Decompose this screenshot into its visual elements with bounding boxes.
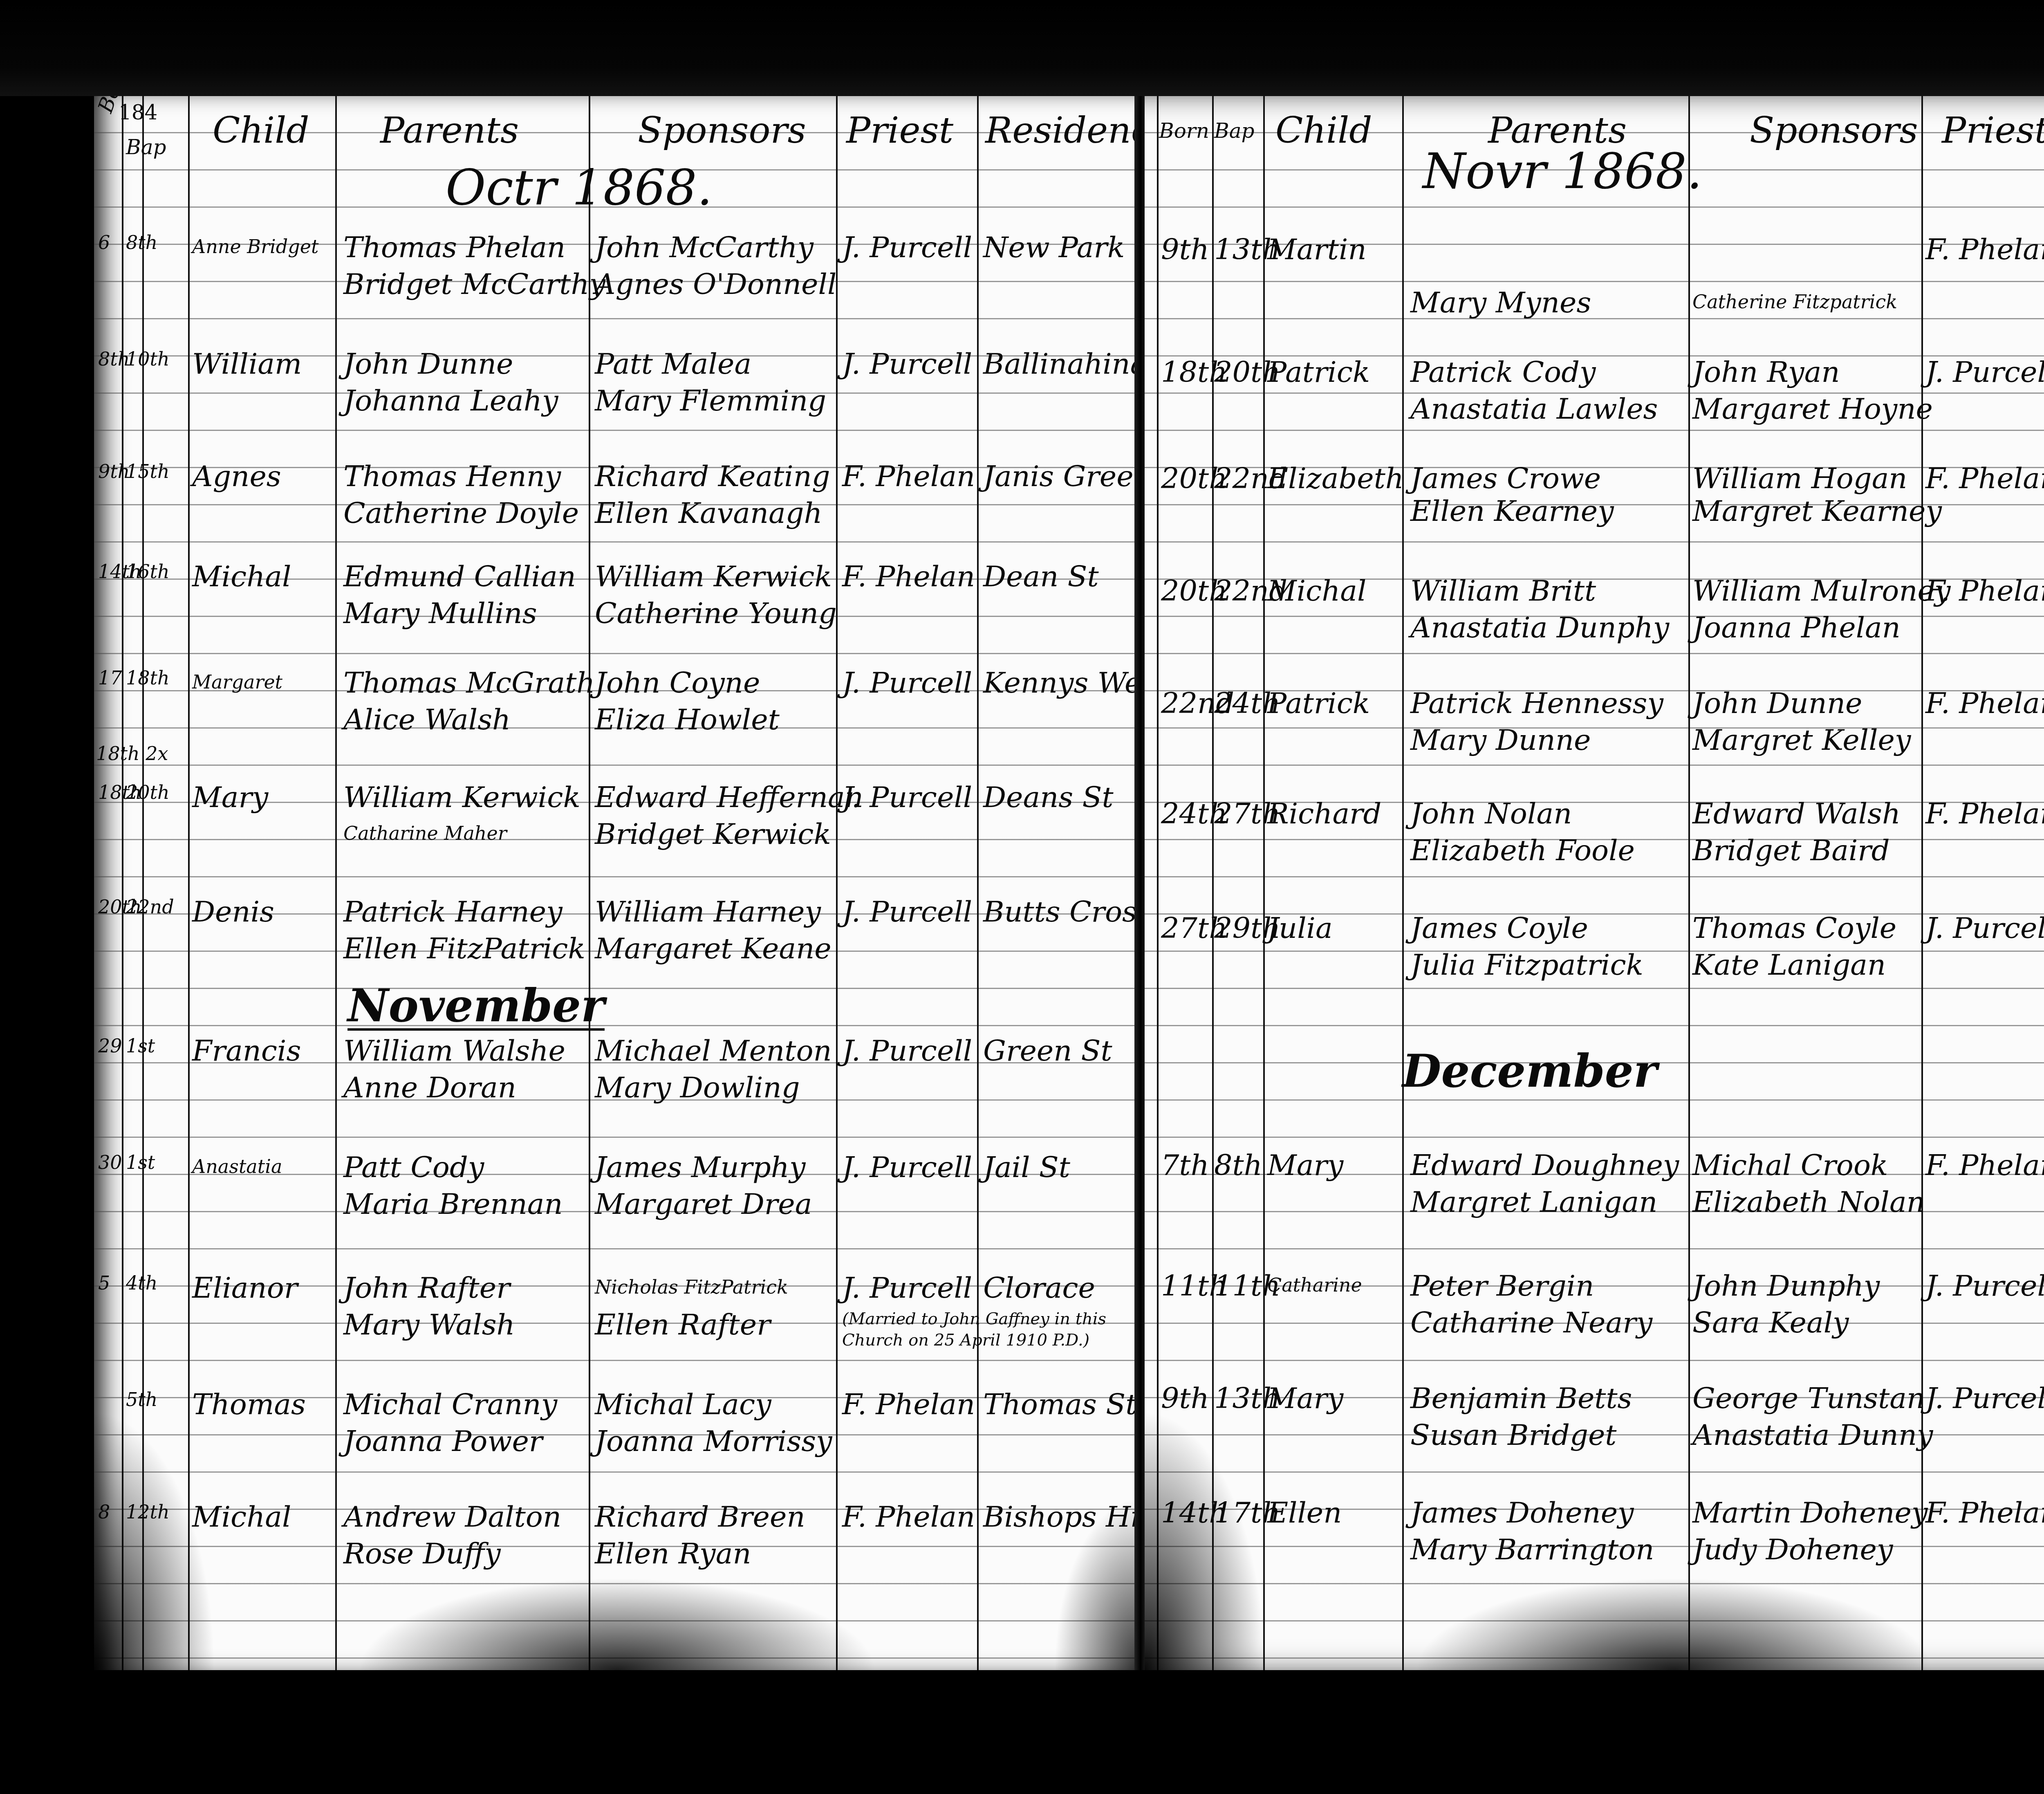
child-name: Mary	[1267, 1151, 1343, 1180]
baptism-date: 8th	[1214, 1151, 1262, 1180]
header-priest: Priest	[1942, 112, 2044, 148]
sponsor-1: Michal Lacy	[595, 1390, 771, 1419]
page-number: 184	[119, 102, 157, 123]
baptism-date: 4th	[126, 1274, 157, 1292]
header-residence: Residence	[985, 112, 1141, 148]
column-rule	[335, 96, 337, 1670]
baptism-date: 5th	[126, 1390, 157, 1409]
child-name: Elizabeth	[1267, 464, 1404, 493]
header-baptised: Bap	[126, 137, 166, 157]
born-date: 7th	[1161, 1151, 1209, 1180]
header-child: Child	[1275, 112, 1372, 148]
sponsor-2: Margaret Hoyne	[1692, 395, 1933, 423]
child-name: Thomas	[192, 1390, 306, 1419]
mother-name: Johanna Leahy	[343, 386, 558, 415]
sponsor-1: Patt Malea	[595, 350, 751, 378]
mother-name: Susan Bridget	[1410, 1421, 1617, 1449]
father-name: William Kerwick	[343, 783, 580, 812]
sponsor-1: Nicholas FitzPatrick	[595, 1278, 788, 1296]
mother-name: Anastatia Dunphy	[1410, 613, 1669, 642]
priest-name: J. Purcell	[1925, 1384, 2044, 1413]
mother-name: Bridget McCarthy	[343, 270, 605, 298]
sponsor-2: Sara Kealy	[1692, 1308, 1849, 1337]
father-name: William Walshe	[343, 1036, 565, 1065]
priest-name: F. Phelan	[1925, 235, 2044, 264]
marriage-annotation: (Married to John Gaffney in this Church …	[842, 1308, 1128, 1351]
header-sponsors: Sponsors	[1750, 112, 1918, 148]
child-name: Mary	[192, 783, 268, 812]
priest-name: F. Phelan	[1925, 1151, 2044, 1180]
sponsor-1: John McCarthy	[595, 233, 814, 262]
sponsor-1: George Tunstan	[1692, 1384, 1925, 1413]
father-name: Edmund Callian	[343, 562, 576, 591]
baptism-date: 10th	[126, 350, 170, 368]
scan-top-shadow	[0, 0, 2044, 96]
father-name: James Crowe	[1410, 464, 1601, 493]
mother-name: Alice Walsh	[343, 705, 511, 734]
sponsor-2: Bridget Kerwick	[595, 820, 831, 848]
born-date: 6	[98, 233, 110, 252]
mother-name: Mary Barrington	[1410, 1535, 1654, 1564]
priest-name: J. Purcell	[842, 783, 972, 812]
residence: Deans St	[983, 783, 1114, 812]
priest-name: F. Phelan	[842, 1502, 975, 1531]
month-divider-november: November	[347, 983, 605, 1031]
father-name: Benjamin Betts	[1410, 1384, 1632, 1413]
residence: New Park	[983, 233, 1125, 262]
sponsor-1: Martin Doheney	[1692, 1498, 1928, 1527]
residence: Bishops Hill	[983, 1502, 1141, 1531]
sponsor-2: Mary Dowling	[595, 1073, 800, 1102]
month-heading: Octr 1868.	[446, 164, 713, 213]
mother-name: Ellen Kearney	[1410, 497, 1614, 525]
mother-name: Joanna Power	[343, 1427, 542, 1455]
child-name: Mary	[1267, 1384, 1343, 1413]
child-name: Ellen	[1267, 1498, 1342, 1527]
priest-name: J. Purcell	[1925, 914, 2044, 942]
column-rule	[589, 96, 590, 1670]
priest-name: J. Purcell	[842, 668, 972, 697]
residence: Ballinahina	[983, 350, 1141, 378]
born-date: 17	[98, 668, 122, 687]
child-name: William	[192, 350, 302, 378]
child-name: Patrick	[1267, 689, 1370, 718]
father-name: James Coyle	[1410, 914, 1588, 942]
father-name: Michal Cranny	[343, 1390, 557, 1419]
mother-name: Anastatia Lawles	[1410, 395, 1658, 423]
priest-name: F. Phelan	[1925, 689, 2044, 718]
sponsor-2: Eliza Howlet	[595, 705, 780, 734]
residence: Clorace	[983, 1274, 1095, 1302]
baptism-date: 1st	[126, 1036, 155, 1055]
child-name: Margaret	[192, 673, 282, 691]
mother-name: Mary Mynes	[1410, 288, 1591, 317]
father-name: Thomas McGrath	[343, 668, 595, 697]
born-date: 30	[98, 1153, 122, 1172]
mother-name: Mary Walsh	[343, 1310, 515, 1339]
priest-name: J. Purcell	[842, 233, 972, 262]
baptism-date: 16th	[126, 562, 170, 581]
born-date: 29	[98, 1036, 122, 1055]
sponsor-2: Agnes O'Donnell	[595, 270, 836, 298]
column-rule	[188, 96, 190, 1670]
father-name: John Nolan	[1410, 799, 1572, 828]
column-rule	[1402, 96, 1404, 1670]
residence: Dean St	[983, 562, 1099, 591]
father-name: Patrick Hennessy	[1410, 689, 1663, 718]
column-rule	[1688, 96, 1690, 1670]
sponsor-2: Ellen Kavanagh	[595, 499, 823, 527]
sponsor-1: Edward Heffernan	[595, 783, 863, 812]
sponsor-1: James Murphy	[595, 1153, 805, 1182]
born-date: 9th	[98, 462, 130, 481]
born-date: 9th	[1161, 1384, 1209, 1413]
father-name: Patt Cody	[343, 1153, 484, 1182]
sponsor-1: William Hogan	[1692, 464, 1907, 493]
father-name: Edward Doughney	[1410, 1151, 1679, 1180]
child-name: Patrick	[1267, 358, 1370, 386]
residence: Thomas St	[983, 1390, 1137, 1419]
father-name: William Britt	[1410, 576, 1596, 605]
sponsor-2: Ellen Ryan	[595, 1539, 751, 1568]
priest-name: J. Purcell	[1925, 1271, 2044, 1300]
sponsor-1: William Mulroney	[1692, 576, 1950, 605]
child-name: Agnes	[192, 462, 281, 491]
father-name: John Rafter	[343, 1274, 510, 1302]
column-rule	[1263, 96, 1265, 1670]
priest-name: F. Phelan	[842, 562, 975, 591]
sponsor-2: Joanna Morrissy	[595, 1427, 832, 1455]
child-name: Anne Bridget	[192, 237, 318, 256]
father-name: Thomas Henny	[343, 462, 561, 491]
sponsor-1: Edward Walsh	[1692, 799, 1901, 828]
baptism-date: 15th	[126, 462, 170, 481]
mother-name: Maria Brennan	[343, 1190, 563, 1218]
child-name: Anastatia	[192, 1157, 282, 1176]
father-name: Thomas Phelan	[343, 233, 565, 262]
sponsor-2: Judy Doheney	[1692, 1535, 1893, 1564]
column-rule	[1157, 96, 1159, 1670]
born-date: 5	[98, 1274, 110, 1292]
father-name: Andrew Dalton	[343, 1502, 561, 1531]
header-priest: Priest	[846, 112, 953, 148]
child-name: Elianor	[192, 1274, 298, 1302]
left-register-page: Born Bap 184 Child Parents Sponsors Prie…	[94, 96, 1141, 1670]
mother-name: Catharine Neary	[1410, 1308, 1652, 1337]
mother-name: Catherine Doyle	[343, 499, 579, 527]
child-name: Michal	[1267, 576, 1366, 605]
header-parents: Parents	[380, 112, 519, 148]
sponsor-2: Joanna Phelan	[1692, 613, 1901, 642]
mother-name: Mary Dunne	[1410, 726, 1591, 754]
sponsor-1: John Dunphy	[1692, 1271, 1880, 1300]
father-name: Patrick Harney	[343, 897, 563, 926]
sponsor-2: Catherine Fitzpatrick	[1692, 292, 1897, 311]
child-name: Michal	[192, 1502, 291, 1531]
father-name: John Dunne	[343, 350, 513, 378]
sponsor-2: Margaret Keane	[595, 934, 831, 963]
sponsor-2: Mary Flemming	[595, 386, 826, 415]
born-date: 9th	[1161, 235, 1209, 264]
baptism-date: 22nd	[126, 897, 174, 916]
priest-name: F. Phelan	[1925, 576, 2044, 605]
month-heading: Novr 1868.	[1423, 147, 1702, 196]
child-name: Catharine	[1267, 1276, 1362, 1294]
sponsor-2: Ellen Rafter	[595, 1310, 771, 1339]
priest-name: F. Phelan	[1925, 1498, 2044, 1527]
right-register-page: Born Bap Child Parents Sponsors Priest R…	[1145, 96, 2044, 1670]
mother-name: Julia Fitzpatrick	[1410, 951, 1643, 979]
mother-name: Ellen FitzPatrick	[343, 934, 585, 963]
sponsor-2: Margaret Drea	[595, 1190, 812, 1218]
priest-name: J. Purcell	[842, 897, 972, 926]
priest-name: F. Phelan	[842, 1390, 975, 1419]
child-name: Denis	[192, 897, 274, 926]
baptism-date: 18th	[126, 668, 170, 687]
sponsor-2: Anastatia Dunny	[1692, 1421, 1933, 1449]
mother-name: Margret Lanigan	[1410, 1188, 1657, 1216]
sponsor-1: William Kerwick	[595, 562, 832, 591]
sponsor-2: Kate Lanigan	[1692, 951, 1886, 979]
sponsor-1: John Dunne	[1692, 689, 1862, 718]
sponsor-2: Catherine Young	[595, 599, 837, 628]
sponsor-2: Margret Kearney	[1692, 497, 1942, 525]
priest-name: F. Phelan	[842, 462, 975, 491]
priest-name: F. Phelan	[1925, 799, 2044, 828]
priest-name: J. Purcell	[842, 350, 972, 378]
priest-name: J. Purcell	[842, 1274, 972, 1302]
child-name: Michal	[192, 562, 291, 591]
baptism-date: 8th	[126, 233, 157, 252]
child-name: Francis	[192, 1036, 301, 1065]
sponsor-1: William Harney	[595, 897, 821, 926]
sponsor-2: Elizabeth Nolan	[1692, 1188, 1925, 1216]
priest-name: F. Phelan	[1925, 464, 2044, 493]
sponsor-1: Richard Keating	[595, 462, 830, 491]
column-rule	[142, 96, 144, 1670]
sponsor-2: Margret Kelley	[1692, 726, 1911, 754]
born-date: 8	[98, 1502, 110, 1521]
sponsor-1: Michael Menton	[595, 1036, 832, 1065]
sponsor-1: Richard Breen	[595, 1502, 805, 1531]
column-rule	[977, 96, 979, 1670]
mother-name: Catharine Maher	[343, 824, 507, 843]
sponsor-1: John Ryan	[1692, 358, 1840, 386]
baptism-date: 1st	[126, 1153, 155, 1172]
sponsor-1: John Coyne	[595, 668, 760, 697]
born-date: 8th	[98, 350, 130, 368]
baptism-date: 20th	[126, 783, 170, 802]
sponsor-1: Michal Crook	[1692, 1151, 1888, 1180]
sponsor-1: Thomas Coyle	[1692, 914, 1896, 942]
column-rule	[836, 96, 838, 1670]
residence: Janis Green	[983, 462, 1141, 491]
residence: Butts Cross	[983, 897, 1141, 926]
father-name: Peter Bergin	[1410, 1271, 1594, 1300]
header-sponsors: Sponsors	[638, 112, 806, 148]
residence: Jail St	[983, 1153, 1070, 1182]
priest-name: J. Purcell	[842, 1153, 972, 1182]
residence: Green St	[983, 1036, 1112, 1065]
month-divider-december: December	[1402, 1049, 1657, 1094]
child-name: Julia	[1267, 914, 1333, 942]
child-name: Richard	[1267, 799, 1381, 828]
margin-note: 18th 2x	[96, 744, 168, 763]
mother-name: Mary Mullins	[343, 599, 537, 628]
father-name: James Doheney	[1410, 1498, 1634, 1527]
father-name: Patrick Cody	[1410, 358, 1596, 386]
residence: Kennys Well	[983, 668, 1141, 697]
header-born: Born	[1159, 121, 1209, 141]
mother-name: Anne Doran	[343, 1073, 516, 1102]
priest-name: J. Purcell	[1925, 358, 2044, 386]
child-name: Martin	[1267, 235, 1366, 264]
column-rule	[122, 96, 123, 1670]
baptism-date: 12th	[126, 1502, 170, 1521]
sponsor-2: Bridget Baird	[1692, 836, 1890, 865]
column-rule	[1212, 96, 1214, 1670]
mother-name: Elizabeth Foole	[1410, 836, 1635, 865]
header-baptised: Bap	[1214, 121, 1255, 141]
mother-name: Rose Duffy	[343, 1539, 501, 1568]
priest-name: J. Purcell	[842, 1036, 972, 1065]
header-child: Child	[213, 112, 309, 148]
